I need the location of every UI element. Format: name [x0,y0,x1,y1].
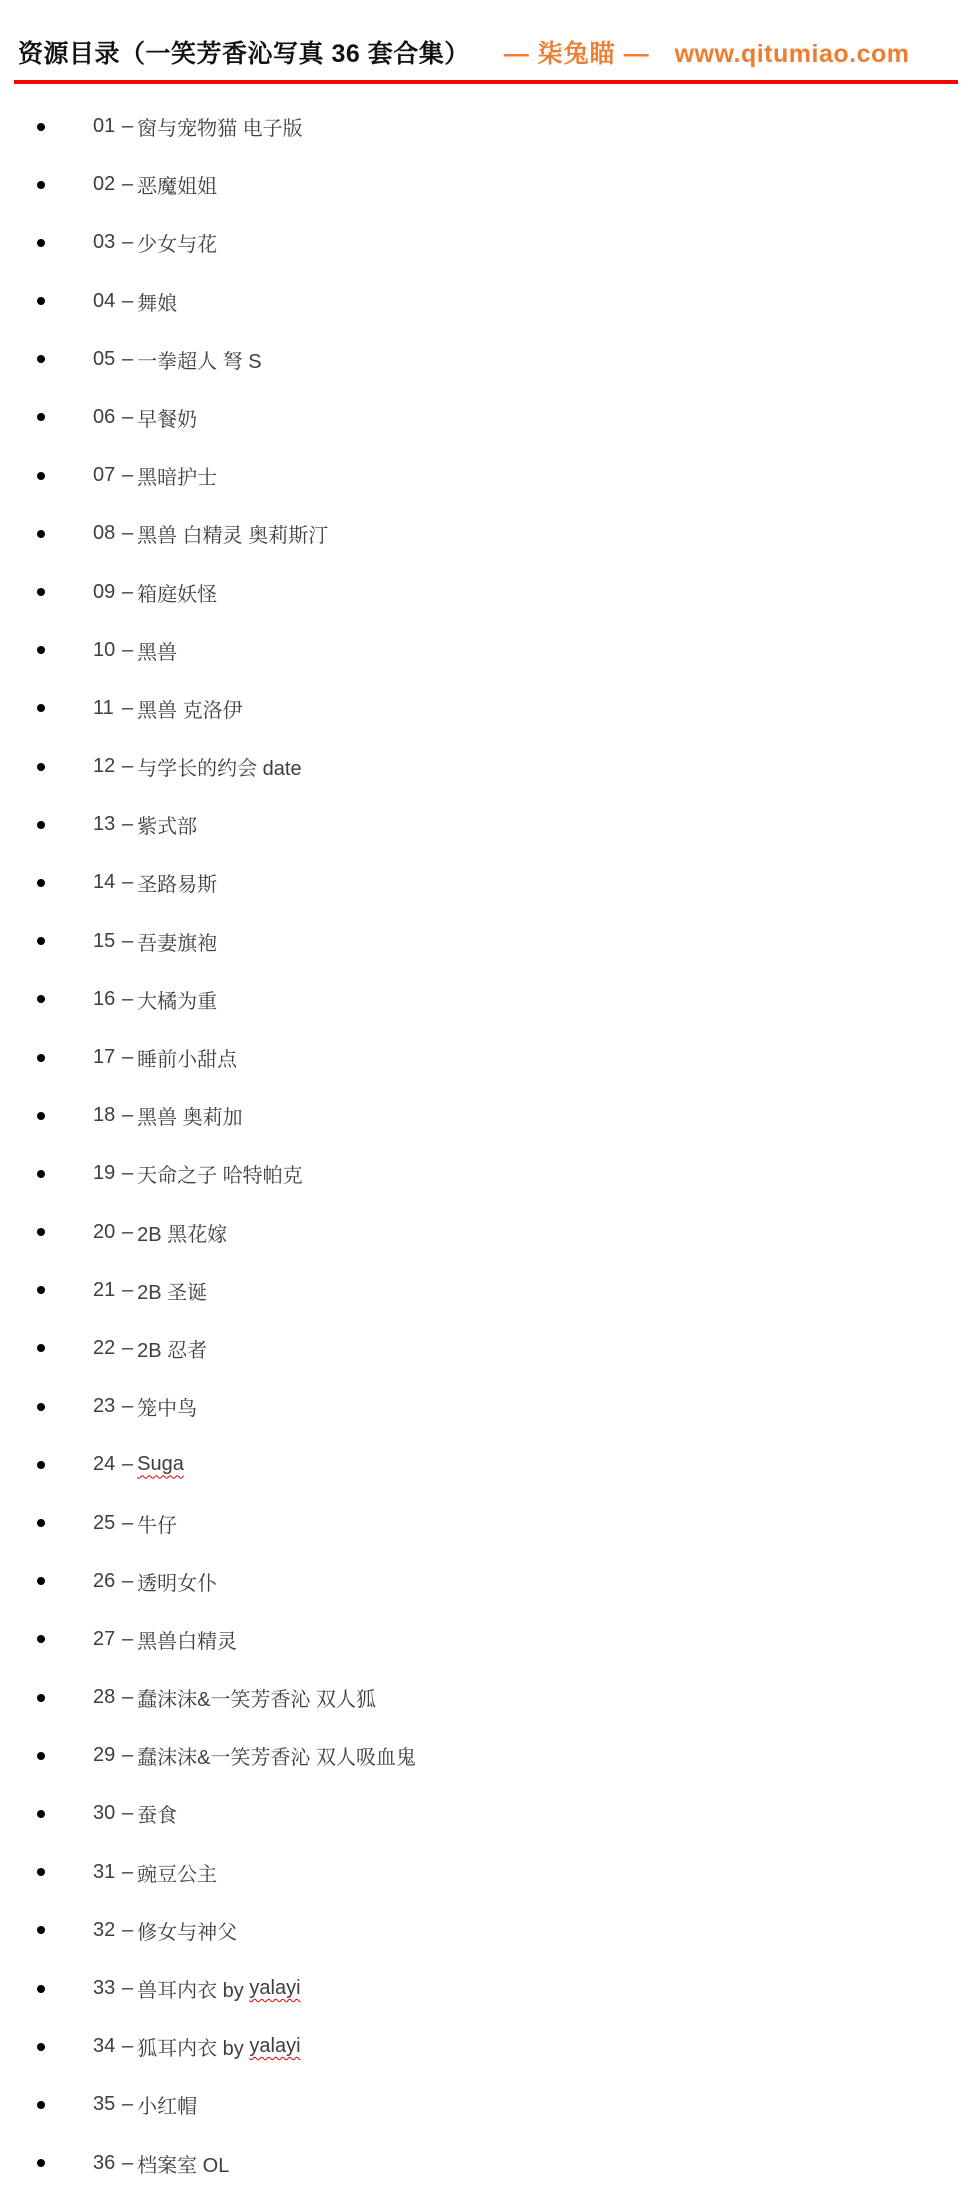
bullet-icon [37,1694,45,1702]
item-dash: – [122,871,133,894]
bullet-icon [37,530,45,538]
item-number: 10 [93,639,118,662]
bullet-icon [37,123,45,131]
list-item: 24 – Suga [0,1452,980,1477]
list-item: 34 – 狐耳内衣 by yalayi [0,2034,980,2059]
item-title: 睡前小甜点 [137,1043,237,1072]
item-number: 20 [93,1221,118,1244]
bullet-icon [37,1112,45,1120]
item-dash: – [122,348,133,371]
item-number: 14 [93,871,118,894]
bullet-icon [37,1752,45,1760]
list-item: 08 – 黑兽 白精灵 奥莉斯汀 [0,521,980,546]
item-title: 2B 圣诞 [137,1276,207,1305]
list-item: 05 – 一拳超人 弩 S [0,347,980,372]
item-number: 21 [93,1279,118,1302]
list-item: 32 – 修女与神父 [0,1918,980,1943]
item-number: 27 [93,1628,118,1651]
item-dash: – [122,1337,133,1360]
bullet-icon [37,1403,45,1411]
item-number: 03 [93,231,118,254]
list-item: 17 – 睡前小甜点 [0,1045,980,1070]
item-dash: – [122,1686,133,1709]
item-dash: – [122,1046,133,1069]
item-number: 35 [93,2093,118,2116]
list-item: 28 – 蠢沫沫&一笑芳香沁 双人狐 [0,1685,980,1710]
item-number: 26 [93,1570,118,1593]
bullet-icon [37,1635,45,1643]
bullet-icon [37,1228,45,1236]
item-number: 18 [93,1104,118,1127]
item-title: 修女与神父 [137,1916,237,1945]
item-dash: – [122,1628,133,1651]
item-number: 33 [93,1977,118,2000]
item-title: 笼中鸟 [137,1392,197,1421]
item-title: 档案室 OL [137,2149,229,2178]
item-title: 黑兽白精灵 [137,1625,237,1654]
item-number: 24 [93,1453,118,1476]
list-item: 30 – 蚕食 [0,1801,980,1826]
item-dash: – [122,464,133,487]
list-item: 10 – 黑兽 [0,638,980,663]
item-title: 2B 忍者 [137,1334,207,1363]
item-title: 舞娘 [137,287,177,316]
item-dash: – [122,813,133,836]
item-number: 11 [93,697,118,720]
list-item: 22 – 2B 忍者 [0,1336,980,1361]
bullet-icon [37,1519,45,1527]
item-title: 黑兽 奥莉加 [137,1101,243,1130]
item-dash: – [122,1395,133,1418]
item-number: 36 [93,2152,118,2175]
item-number: 17 [93,1046,118,1069]
item-dash: – [122,2152,133,2175]
item-number: 19 [93,1162,118,1185]
item-number: 29 [93,1744,118,1767]
item-number: 05 [93,348,118,371]
resource-list: 01 – 窗与宠物猫 电子版 02 – 恶魔姐姐 03 – 少女与花 [0,114,980,2176]
bullet-icon [37,239,45,247]
list-item: 33 – 兽耳内衣 by yalayi [0,1976,980,2001]
item-dash: – [122,2093,133,2116]
list-item: 04 – 舞娘 [0,289,980,314]
item-number: 22 [93,1337,118,1360]
item-number: 13 [93,813,118,836]
item-number: 04 [93,290,118,313]
item-title: 与学长的约会 date [137,752,301,781]
list-item: 03 – 少女与花 [0,230,980,255]
list-item: 02 – 恶魔姐姐 [0,172,980,197]
item-title: 兽耳内衣 by [137,1974,249,2003]
list-item: 27 – 黑兽白精灵 [0,1627,980,1652]
bullet-icon [37,2043,45,2051]
item-title-misspelled: yalayi [249,1977,300,2000]
list-item: 11 – 黑兽 克洛伊 [0,696,980,721]
bullet-icon [37,2101,45,2109]
list-item: 12 – 与学长的约会 date [0,754,980,779]
list-item: 18 – 黑兽 奥莉加 [0,1103,980,1128]
item-dash: – [122,930,133,953]
bullet-icon [37,1170,45,1178]
item-title-misspelled: yalayi [249,2035,300,2058]
item-number: 28 [93,1686,118,1709]
item-title: 窗与宠物猫 电子版 [137,112,303,141]
item-number: 32 [93,1919,118,1942]
list-item: 25 – 牛仔 [0,1511,980,1536]
item-title: 圣路易斯 [137,868,217,897]
item-number: 31 [93,1861,118,1884]
item-dash: – [122,639,133,662]
item-dash: – [122,581,133,604]
item-dash: – [122,1279,133,1302]
item-title: 蠢沫沫&一笑芳香沁 双人狐 [137,1683,376,1712]
list-item: 15 – 吾妻旗袍 [0,929,980,954]
bullet-icon [37,355,45,363]
document-header: 资源目录（一笑芳香沁写真 36 套合集） — 柒兔瞄 — www.qitumia… [14,0,958,84]
list-item: 13 – 紫式部 [0,812,980,837]
item-number: 06 [93,406,118,429]
item-title: 恶魔姐姐 [137,170,217,199]
bullet-icon [37,879,45,887]
bullet-icon [37,704,45,712]
item-dash: – [122,173,133,196]
bullet-icon [37,2159,45,2167]
item-number: 30 [93,1802,118,1825]
bullet-icon [37,995,45,1003]
list-item: 06 – 早餐奶 [0,405,980,430]
bullet-icon [37,297,45,305]
item-dash: – [122,1744,133,1767]
list-item: 29 – 蠢沫沫&一笑芳香沁 双人吸血鬼 [0,1743,980,1768]
item-title: 牛仔 [137,1509,177,1538]
item-title: 一拳超人 弩 S [137,345,261,374]
item-dash: – [122,1919,133,1942]
item-dash: – [122,2035,133,2058]
item-dash: – [122,755,133,778]
item-dash: – [122,290,133,313]
bullet-icon [37,821,45,829]
item-dash: – [122,1104,133,1127]
page-title: 资源目录（一笑芳香沁写真 36 套合集） [18,34,470,70]
bullet-icon [37,1344,45,1352]
bullet-icon [37,1868,45,1876]
bullet-icon [37,472,45,480]
document-page: 资源目录（一笑芳香沁写真 36 套合集） — 柒兔瞄 — www.qitumia… [0,0,980,2209]
item-number: 25 [93,1512,118,1535]
item-dash: – [122,988,133,1011]
bullet-icon [37,1926,45,1934]
item-number: 12 [93,755,118,778]
list-item: 07 – 黑暗护士 [0,463,980,488]
bullet-icon [37,181,45,189]
list-item: 01 – 窗与宠物猫 电子版 [0,114,980,139]
list-item: 09 – 箱庭妖怪 [0,580,980,605]
list-item: 26 – 透明女仆 [0,1569,980,1594]
list-item: 36 – 档案室 OL [0,2151,980,2176]
site-url: www.qitumiao.com [675,40,910,69]
bullet-icon [37,646,45,654]
item-title: 透明女仆 [137,1567,217,1596]
bullet-icon [37,413,45,421]
item-dash: – [122,1570,133,1593]
bullet-icon [37,937,45,945]
item-title: 2B 黑花嫁 [137,1218,227,1247]
item-dash: – [122,115,133,138]
item-title: 小红帽 [137,2090,197,2119]
item-title-misspelled: Suga [137,1453,184,1476]
item-title: 箱庭妖怪 [137,578,217,607]
list-item: 16 – 大橘为重 [0,987,980,1012]
item-title: 黑兽 克洛伊 [137,694,243,723]
item-title: 黑兽 白精灵 奥莉斯汀 [137,519,328,548]
item-number: 09 [93,581,118,604]
item-dash: – [122,1977,133,2000]
item-dash: – [122,1162,133,1185]
list-item: 35 – 小红帽 [0,2092,980,2117]
item-title: 吾妻旗袍 [137,927,217,956]
item-number: 23 [93,1395,118,1418]
item-title: 黑暗护士 [137,461,217,490]
item-dash: – [122,1221,133,1244]
item-title: 紫式部 [137,810,197,839]
bullet-icon [37,1054,45,1062]
item-title: 大橘为重 [137,985,217,1014]
item-number: 01 [93,115,118,138]
item-dash: – [122,231,133,254]
bullet-icon [37,1461,45,1469]
item-number: 07 [93,464,118,487]
bullet-icon [37,1286,45,1294]
list-item: 23 – 笼中鸟 [0,1394,980,1419]
item-title: 早餐奶 [137,403,197,432]
item-number: 15 [93,930,118,953]
item-title: 狐耳内衣 by [137,2032,249,2061]
list-item: 31 – 豌豆公主 [0,1860,980,1885]
list-item: 21 – 2B 圣诞 [0,1278,980,1303]
list-item: 19 – 天命之子 哈特帕克 [0,1161,980,1186]
item-dash: – [122,406,133,429]
item-title: 蚕食 [137,1799,177,1828]
bullet-icon [37,1985,45,1993]
item-dash: – [122,1861,133,1884]
list-item: 20 – 2B 黑花嫁 [0,1220,980,1245]
item-title: 少女与花 [137,228,217,257]
bullet-icon [37,588,45,596]
item-dash: – [122,697,133,720]
item-dash: – [122,1802,133,1825]
bullet-icon [37,1810,45,1818]
item-title: 蠢沫沫&一笑芳香沁 双人吸血鬼 [137,1741,416,1770]
item-number: 16 [93,988,118,1011]
list-item: 14 – 圣路易斯 [0,870,980,895]
item-title: 天命之子 哈特帕克 [137,1159,303,1188]
item-title: 豌豆公主 [137,1858,217,1887]
item-number: 34 [93,2035,118,2058]
item-dash: – [122,1453,133,1476]
brand-name: — 柒兔瞄 — [504,34,650,70]
item-dash: – [122,522,133,545]
item-dash: – [122,1512,133,1535]
item-title: 黑兽 [137,636,177,665]
item-number: 08 [93,522,118,545]
bullet-icon [37,763,45,771]
item-number: 02 [93,173,118,196]
bullet-icon [37,1577,45,1585]
